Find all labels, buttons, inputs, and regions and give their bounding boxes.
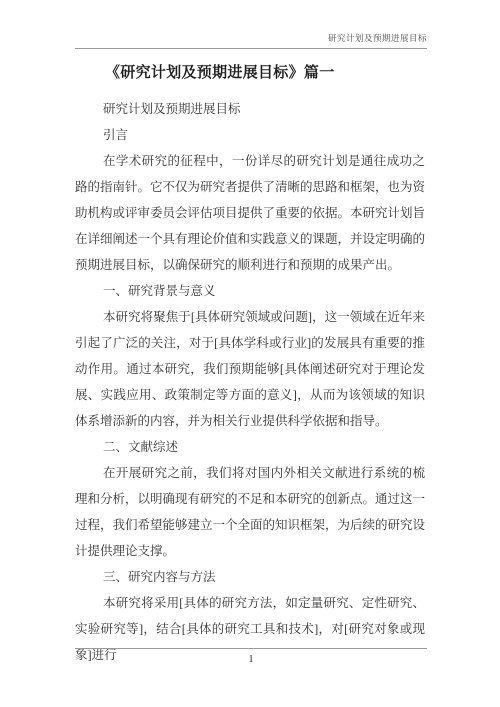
page-header-text: 研究计划及预期进展目标 xyxy=(75,32,427,49)
page-footer: 1 xyxy=(75,648,427,667)
document-title: 《研究计划及预期进展目标》篇一 xyxy=(105,61,335,82)
paragraph-section-1-heading: 一、研究背景与意义 xyxy=(75,278,425,304)
document-page: 研究计划及预期进展目标 《研究计划及预期进展目标》篇一 研究计划及预期进展目标 … xyxy=(0,0,500,707)
paragraph-intro-label: 引言 xyxy=(75,122,425,148)
paragraph-section-1-body: 本研究将聚焦于[具体研究领域或问题]，这一领域在近年来引起了广泛的关注，对于[具… xyxy=(75,304,425,434)
paragraph-section-2-heading: 二、文献综述 xyxy=(75,434,425,460)
paragraph-section-3-heading: 三、研究内容与方法 xyxy=(75,564,425,590)
document-body: 研究计划及预期进展目标 引言 在学术研究的征程中，一份详尽的研究计划是通往成功之… xyxy=(75,96,425,668)
page-number: 1 xyxy=(248,653,254,665)
paragraph-subtitle: 研究计划及预期进展目标 xyxy=(75,96,425,122)
paragraph-intro: 在学术研究的征程中，一份详尽的研究计划是通往成功之路的指南针。它不仅为研究者提供… xyxy=(75,148,425,278)
paragraph-section-2-body: 在开展研究之前，我们将对国内外相关文献进行系统的梳理和分析，以明确现有研究的不足… xyxy=(75,460,425,564)
